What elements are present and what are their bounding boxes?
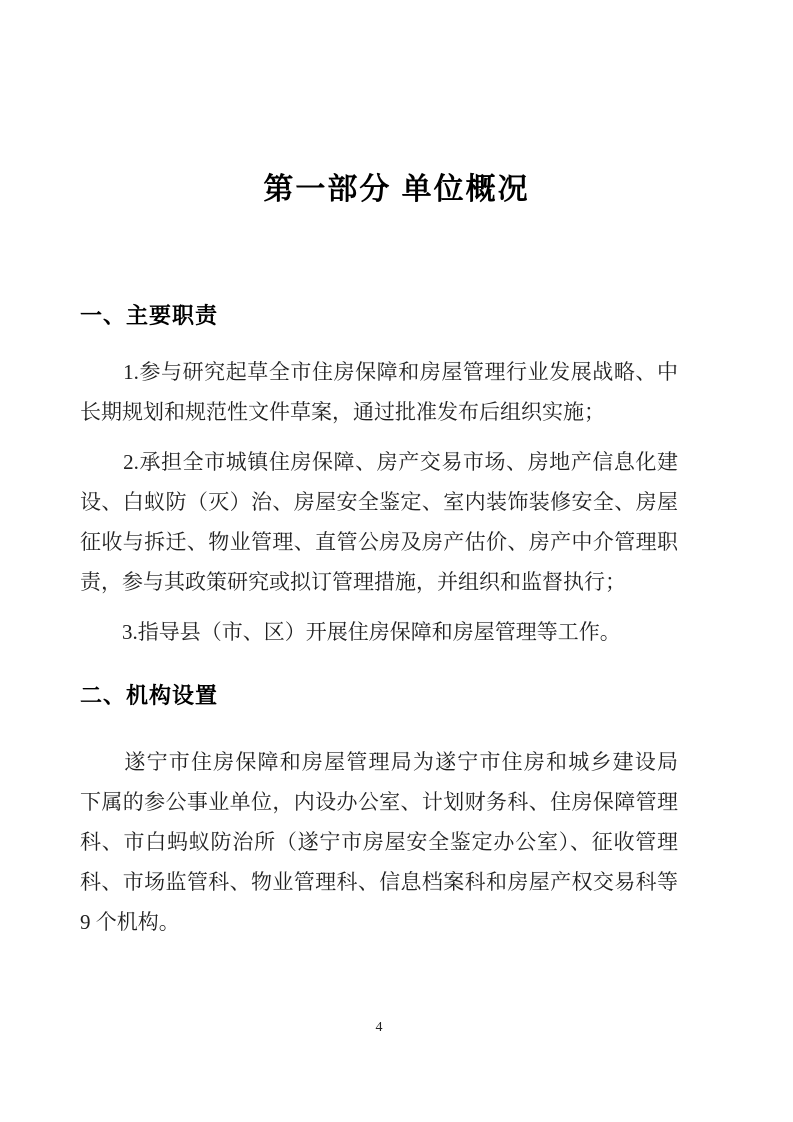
text-line: 2.承担全市城镇住房保障、房产交易市场、房地产信息化建 [80,442,678,482]
paragraph: 3.指导县（市、区）开展住房保障和房屋管理等工作。 [80,612,678,652]
section-body-organization: 遂宁市住房保障和房屋管理局为遂宁市住房和城乡建设局下属的参公事业单位，内设办公室… [80,742,678,942]
paragraph: 2.承担全市城镇住房保障、房产交易市场、房地产信息化建设、白蚁防（灭）治、房屋安… [80,442,678,602]
text-line: 下属的参公事业单位，内设办公室、计划财务科、住房保障管理 [80,782,678,822]
text-line: 科、市场监管科、物业管理科、信息档案科和房屋产权交易科等 [80,862,678,902]
text-line: 9 个机构。 [80,902,678,942]
text-line: 责，参与其政策研究或拟订管理措施，并组织和监督执行； [80,562,678,602]
section-heading-organization: 二、机构设置 [80,680,678,712]
section-body-main-duties: 1.参与研究起草全市住房保障和房屋管理行业发展战略、中长期规划和规范性文件草案，… [80,352,678,652]
text-line: 长期规划和规范性文件草案，通过批准发布后组织实施； [80,392,678,432]
document-title: 第一部分 单位概况 [0,168,793,212]
paragraph: 1.参与研究起草全市住房保障和房屋管理行业发展战略、中长期规划和规范性文件草案，… [80,352,678,432]
text-line: 设、白蚁防（灭）治、房屋安全鉴定、室内装饰装修安全、房屋 [80,482,678,522]
text-line: 3.指导县（市、区）开展住房保障和房屋管理等工作。 [80,612,678,652]
section-heading-main-duties: 一、主要职责 [80,300,678,332]
document-page: 第一部分 单位概况 一、主要职责 1.参与研究起草全市住房保障和房屋管理行业发展… [0,0,793,1122]
text-line: 遂宁市住房保障和房屋管理局为遂宁市住房和城乡建设局 [80,742,678,782]
paragraph: 遂宁市住房保障和房屋管理局为遂宁市住房和城乡建设局下属的参公事业单位，内设办公室… [80,742,678,942]
text-line: 1.参与研究起草全市住房保障和房屋管理行业发展战略、中 [80,352,678,392]
text-line: 科、市白蚂蚁防治所（遂宁市房屋安全鉴定办公室）、征收管理 [80,822,678,862]
page-number: 4 [80,1018,678,1038]
text-line: 征收与拆迁、物业管理、直管公房及房产估价、房产中介管理职 [80,522,678,562]
